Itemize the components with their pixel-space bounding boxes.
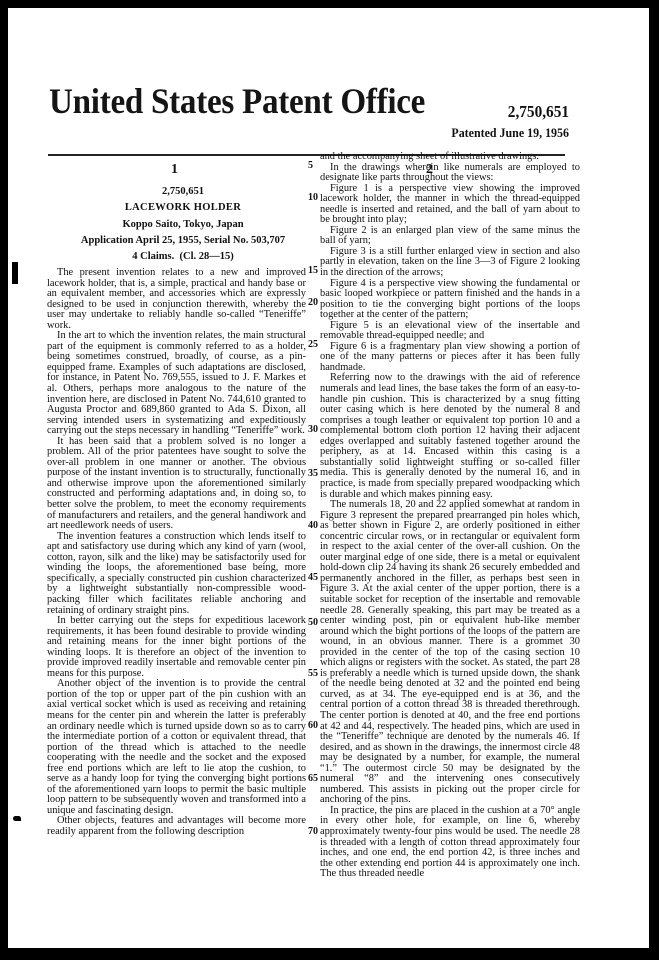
patent-number: 2,750,651: [434, 102, 569, 122]
paragraph: The present invention relates to a new a…: [47, 268, 306, 331]
paragraph: Figure 2 is an enlarged plan view of the…: [320, 226, 580, 247]
office-title: United States Patent Office: [49, 80, 425, 122]
paragraph: The invention features a construction wh…: [47, 532, 306, 616]
front-patent-number: 2,750,651: [48, 184, 318, 200]
paragraph: In practice, the pins are placed in the …: [320, 806, 580, 880]
paragraph: In the drawings wherein like numerals ar…: [320, 163, 580, 184]
invention-title: LACEWORK HOLDER: [48, 200, 318, 216]
column-number-left: 1: [171, 162, 178, 178]
application-info: Application April 25, 1955, Serial No. 5…: [48, 233, 318, 249]
line-number: 55: [308, 668, 318, 679]
patented-date: Patented June 19, 1956: [385, 125, 569, 141]
line-number: 60: [308, 720, 318, 731]
paragraph: Figure 6 is a fragmentary plan view show…: [320, 342, 580, 374]
paragraph: In the art to which the invention relate…: [47, 331, 306, 436]
scan-mark: [12, 262, 18, 284]
inventor: Koppo Saito, Tokyo, Japan: [48, 217, 318, 233]
paragraph: In better carrying out the steps for exp…: [47, 616, 306, 679]
line-number: 5: [308, 160, 313, 171]
paragraph: Figure 4 is a perspective view showing t…: [320, 279, 580, 321]
line-number: 25: [308, 339, 318, 350]
line-number: 65: [308, 773, 318, 784]
line-number: 70: [308, 826, 318, 837]
line-number: 15: [308, 265, 318, 276]
paragraph: It has been said that a problem solved i…: [47, 437, 306, 532]
line-number: 40: [308, 520, 318, 531]
paragraph: Referring now to the drawings with the a…: [320, 373, 580, 500]
paragraph: Figure 3 is a still further enlarged vie…: [320, 247, 580, 279]
patent-page: United States Patent Office 2,750,651 Pa…: [8, 8, 649, 948]
right-column-text: and the accompanying sheet of illustrati…: [320, 152, 580, 880]
paragraph: Figure 1 is a perspective view showing t…: [320, 184, 580, 226]
line-number: 10: [308, 192, 318, 203]
line-number: 35: [308, 468, 318, 479]
paragraph: Figure 5 is an elevational view of the i…: [320, 321, 580, 342]
paragraph: and the accompanying sheet of illustrati…: [320, 152, 580, 163]
left-column-text: The present invention relates to a new a…: [47, 268, 306, 838]
line-number: 45: [308, 572, 318, 583]
line-number: 50: [308, 617, 318, 628]
scan-mark: [13, 816, 21, 821]
line-number: 30: [308, 424, 318, 435]
line-number: 20: [308, 297, 318, 308]
claims-info: 4 Claims. (Cl. 28—15): [48, 249, 318, 265]
front-matter: 2,750,651 LACEWORK HOLDER Koppo Saito, T…: [48, 184, 318, 265]
paragraph: The numerals 18, 20 and 22 applied somew…: [320, 500, 580, 806]
paragraph: Other objects, features and advantages w…: [47, 816, 306, 837]
paragraph: Another object of the invention is to pr…: [47, 679, 306, 816]
